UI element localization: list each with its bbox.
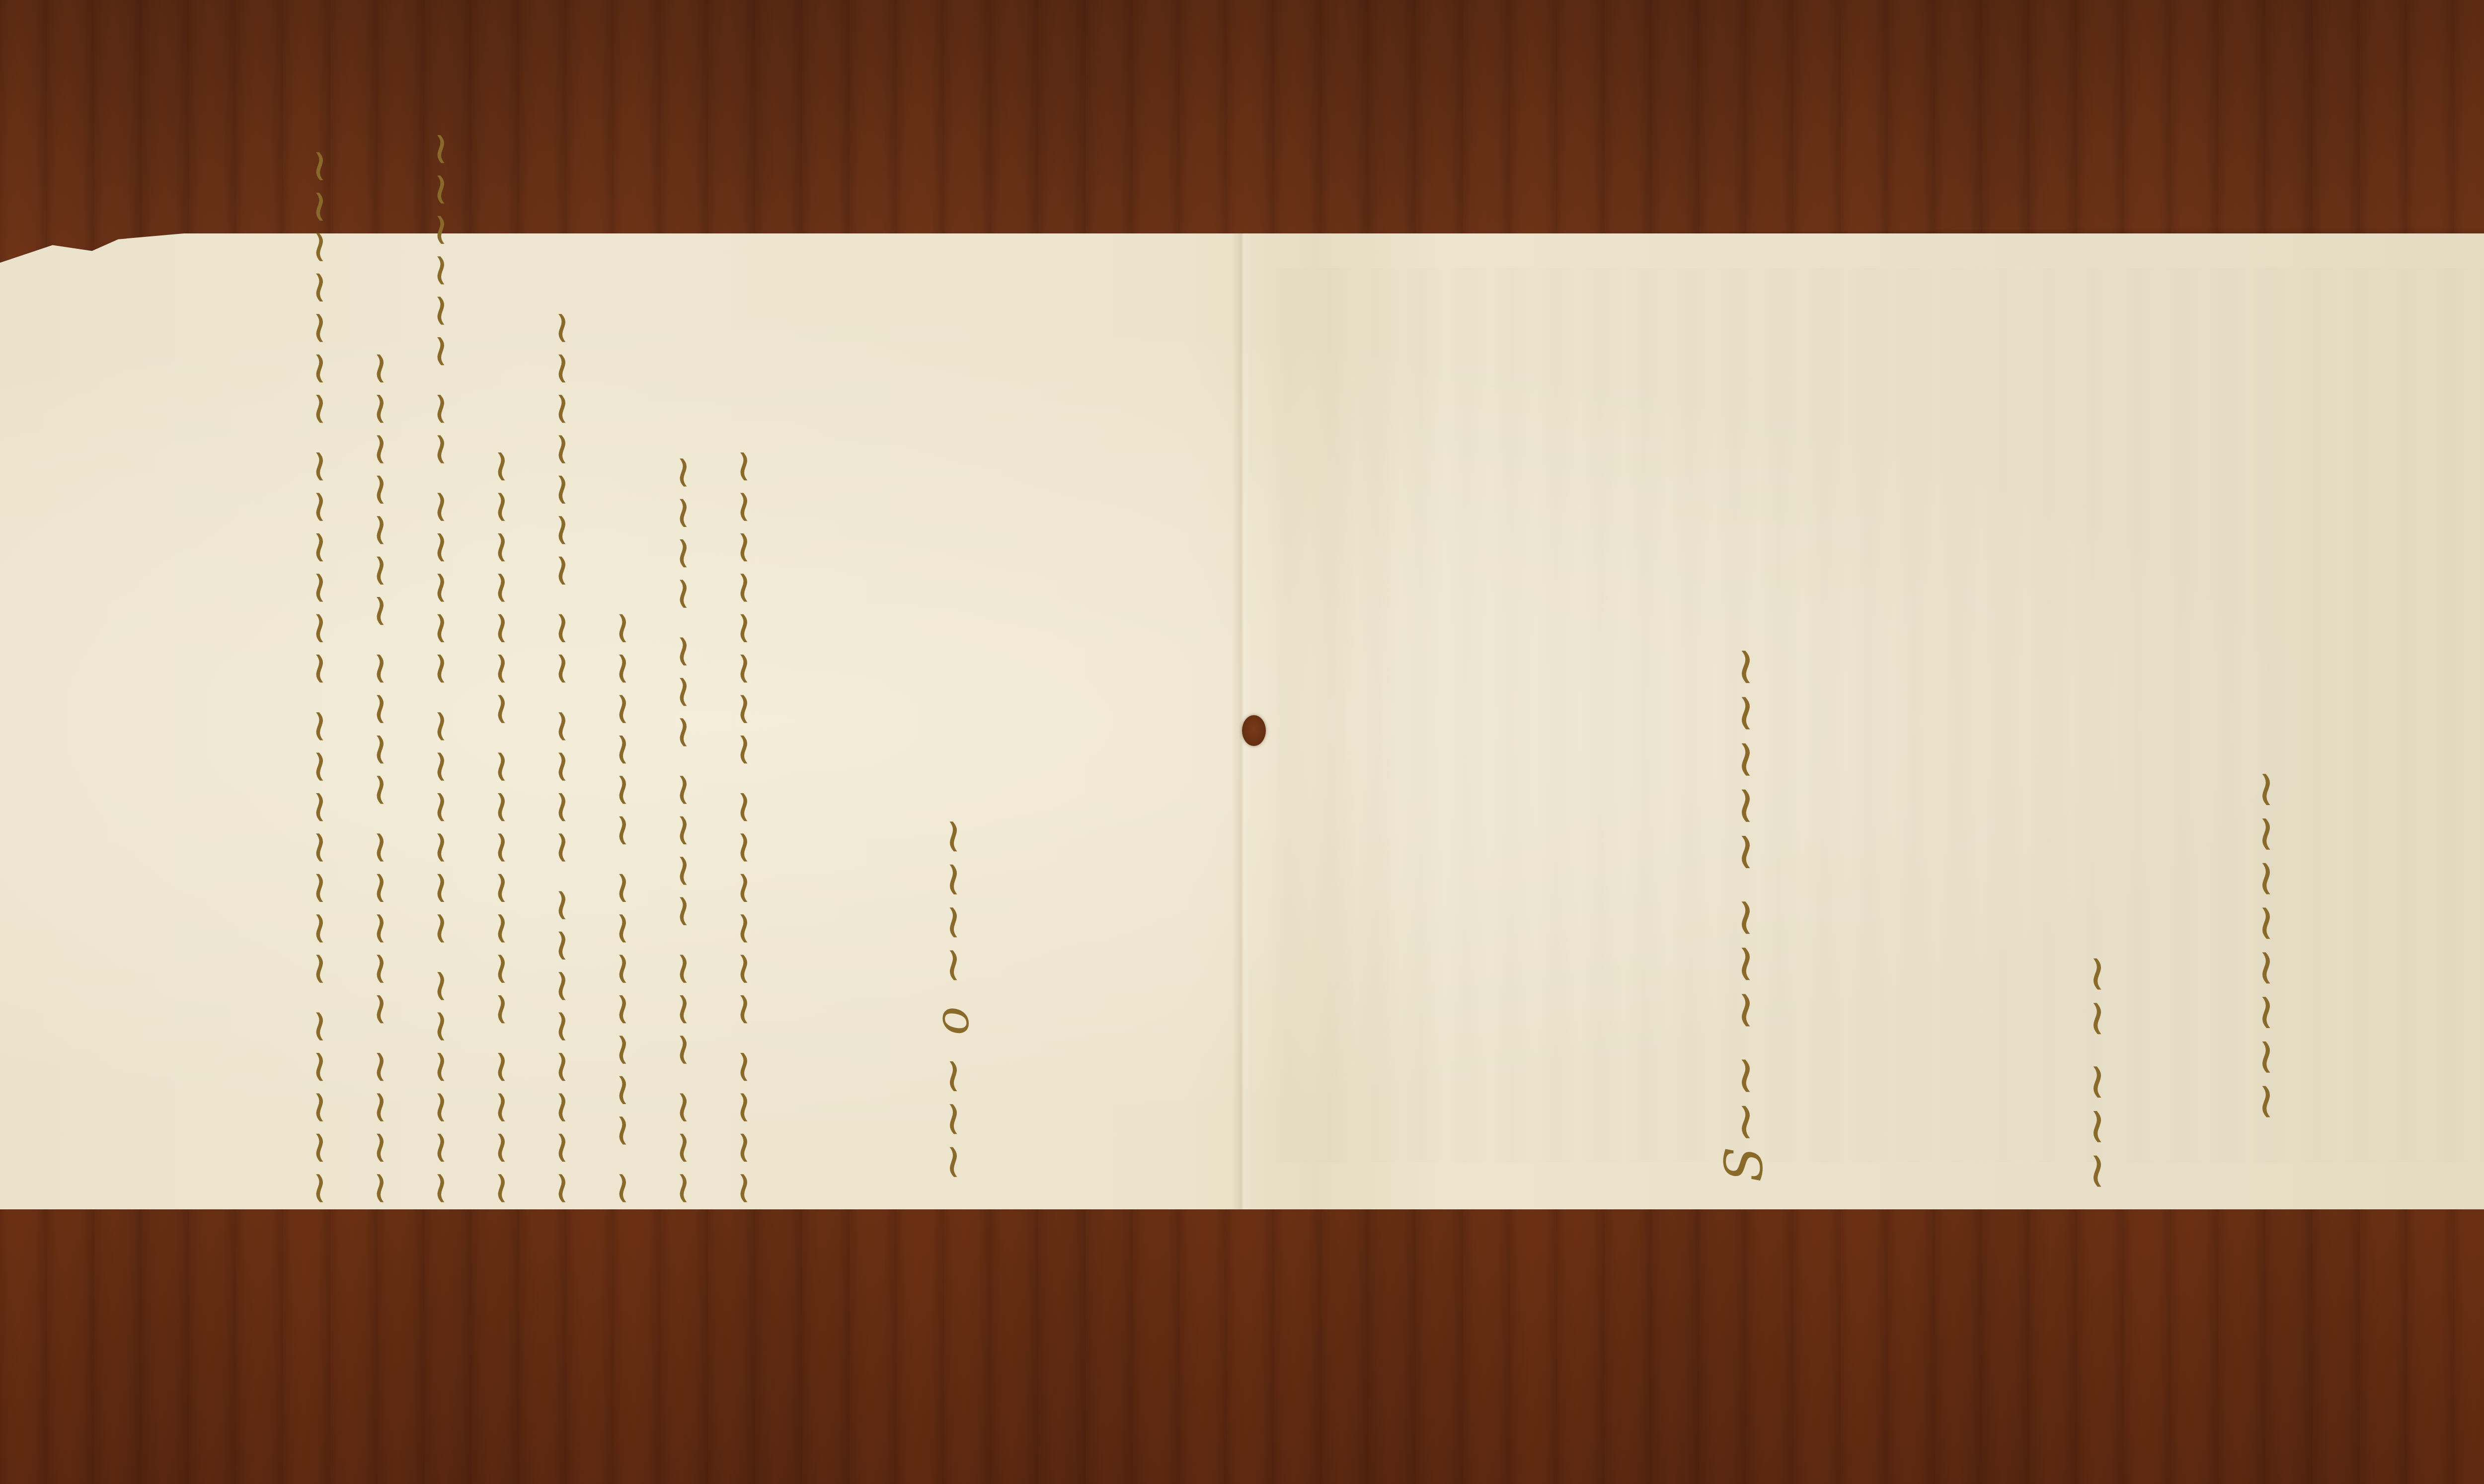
text-line: ~~~~ ~~~~~~~ ~~~~~~~ <box>470 127 531 1207</box>
ink-bleed-through <box>1267 268 2484 1162</box>
text-line: ~~~~~~~~ ~~~~ ~~ ~~~~~~~ <box>531 127 591 1207</box>
text-line: ~~~~~ ~~~~~~~ ~~~~~~ ~~~~~~~ <box>288 127 349 1207</box>
closing-line: ~~~ o ~~~~ <box>924 814 980 1182</box>
signature-a: S~~ ~~~ ~~~~~ <box>1714 642 1775 1182</box>
text-line: ~ ~~~~~~~ ~~~~~~ <box>591 127 652 1207</box>
text-line: ~~~~ ~~~~~~ ~~~~~~~~ <box>712 127 773 1207</box>
text-line: ~~~ ~~~ ~~~~ ~~~ ~~~~ <box>652 127 712 1207</box>
text-line: ~~~~ ~~~~~ ~~~~ ~~~~~~~ <box>349 127 409 1207</box>
text-line: ~~~~~~ ~~~~~~ ~~~~~ ~~ ~~~~~~ <box>409 127 470 1207</box>
main-text-block: ~~~~~ ~~~~~~~ ~~~~~~ ~~~~~~~ ~~~~ ~~~~~ … <box>288 127 773 1207</box>
paper-hole <box>1242 715 1266 746</box>
signature-b: ~~~ ~~ <box>2067 950 2125 1192</box>
signature-c: ~~~~~~~~ <box>2236 766 2294 1122</box>
